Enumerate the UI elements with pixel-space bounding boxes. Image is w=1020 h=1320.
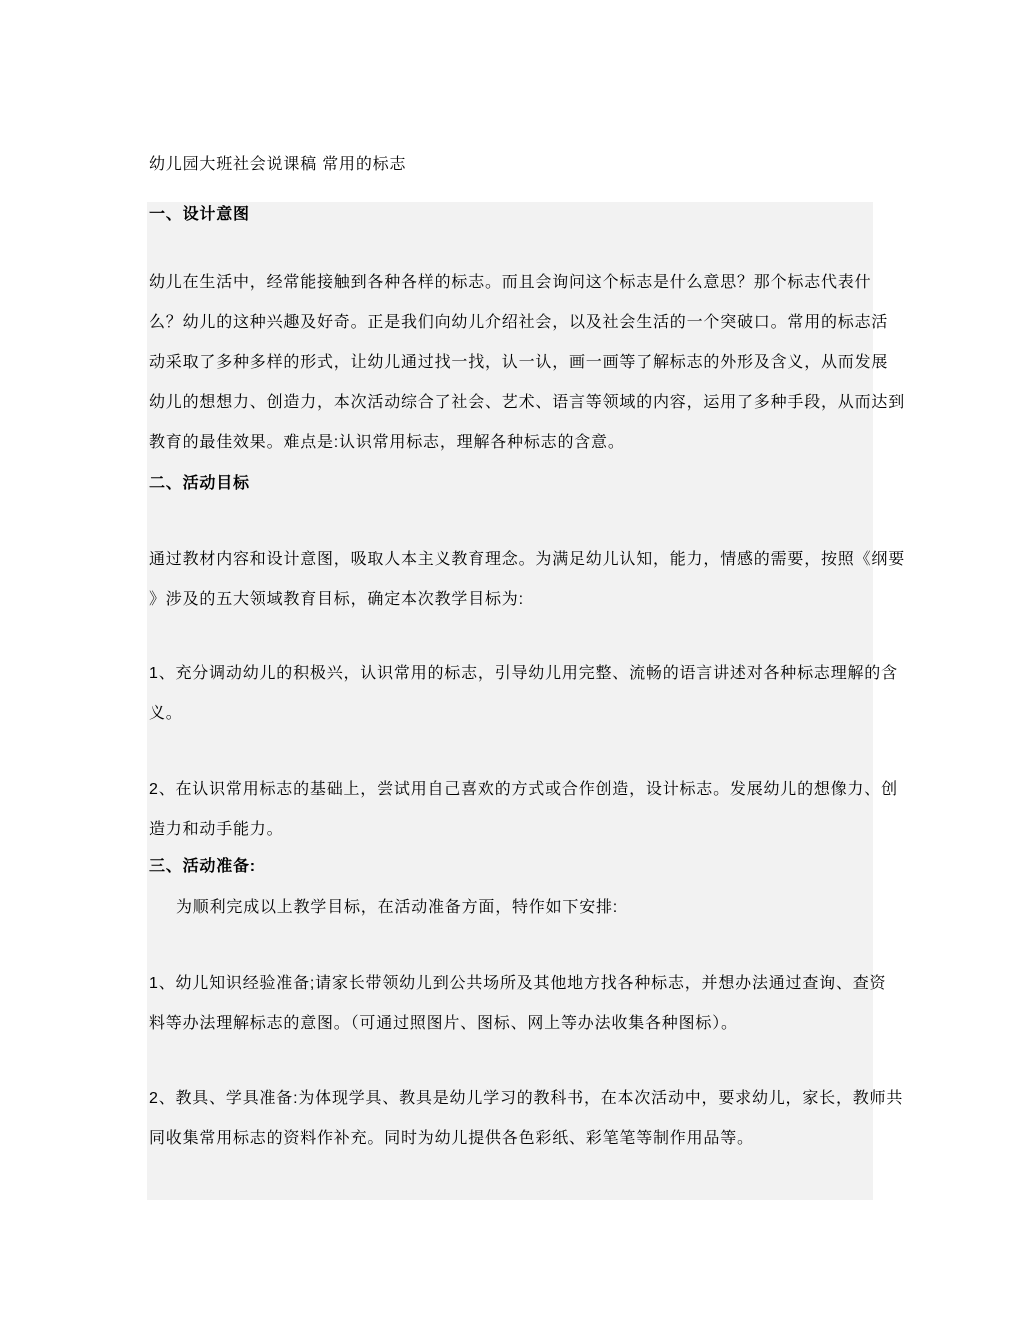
- content-panel: 一、设计意图 幼儿在生活中，经常能接触到各种各样的标志。而且会询问这个标志是什么…: [147, 202, 873, 1200]
- paragraph-goals-intro: 通过教材内容和设计意图，吸取人本主义教育理念。为满足幼儿认知，能力，情感的需要，…: [149, 540, 871, 620]
- heading-design-intent: 一、设计意图: [149, 204, 871, 226]
- paragraph-preparation-intro: 为顺利完成以上教学目标，在活动准备方面，特作如下安排:: [149, 888, 871, 928]
- paragraph-design-intent: 幼儿在生活中，经常能接触到各种各样的标志。而且会询问这个标志是什么意思？那个标志…: [149, 263, 871, 463]
- heading-activity-goals: 二、活动目标: [149, 473, 871, 495]
- paragraph-preparation-1: 1、幼儿知识经验准备;请家长带领幼儿到公共场所及其他地方找各种标志，并想办法通过…: [149, 964, 871, 1044]
- document-title: 幼儿园大班社会说课稿 常用的标志: [149, 150, 406, 180]
- paragraph-goal-1: 1、充分调动幼儿的积极兴，认识常用的标志，引导幼儿用完整、流畅的语言讲述对各种标…: [149, 654, 871, 734]
- paragraph-goal-2: 2、在认识常用标志的基础上，尝试用自己喜欢的方式或合作创造，设计标志。发展幼儿的…: [149, 770, 871, 850]
- heading-activity-preparation: 三、活动准备:: [149, 856, 871, 878]
- paragraph-preparation-2: 2、教具、学具准备:为体现学具、教具是幼儿学习的教科书，在本次活动中，要求幼儿，…: [149, 1079, 871, 1159]
